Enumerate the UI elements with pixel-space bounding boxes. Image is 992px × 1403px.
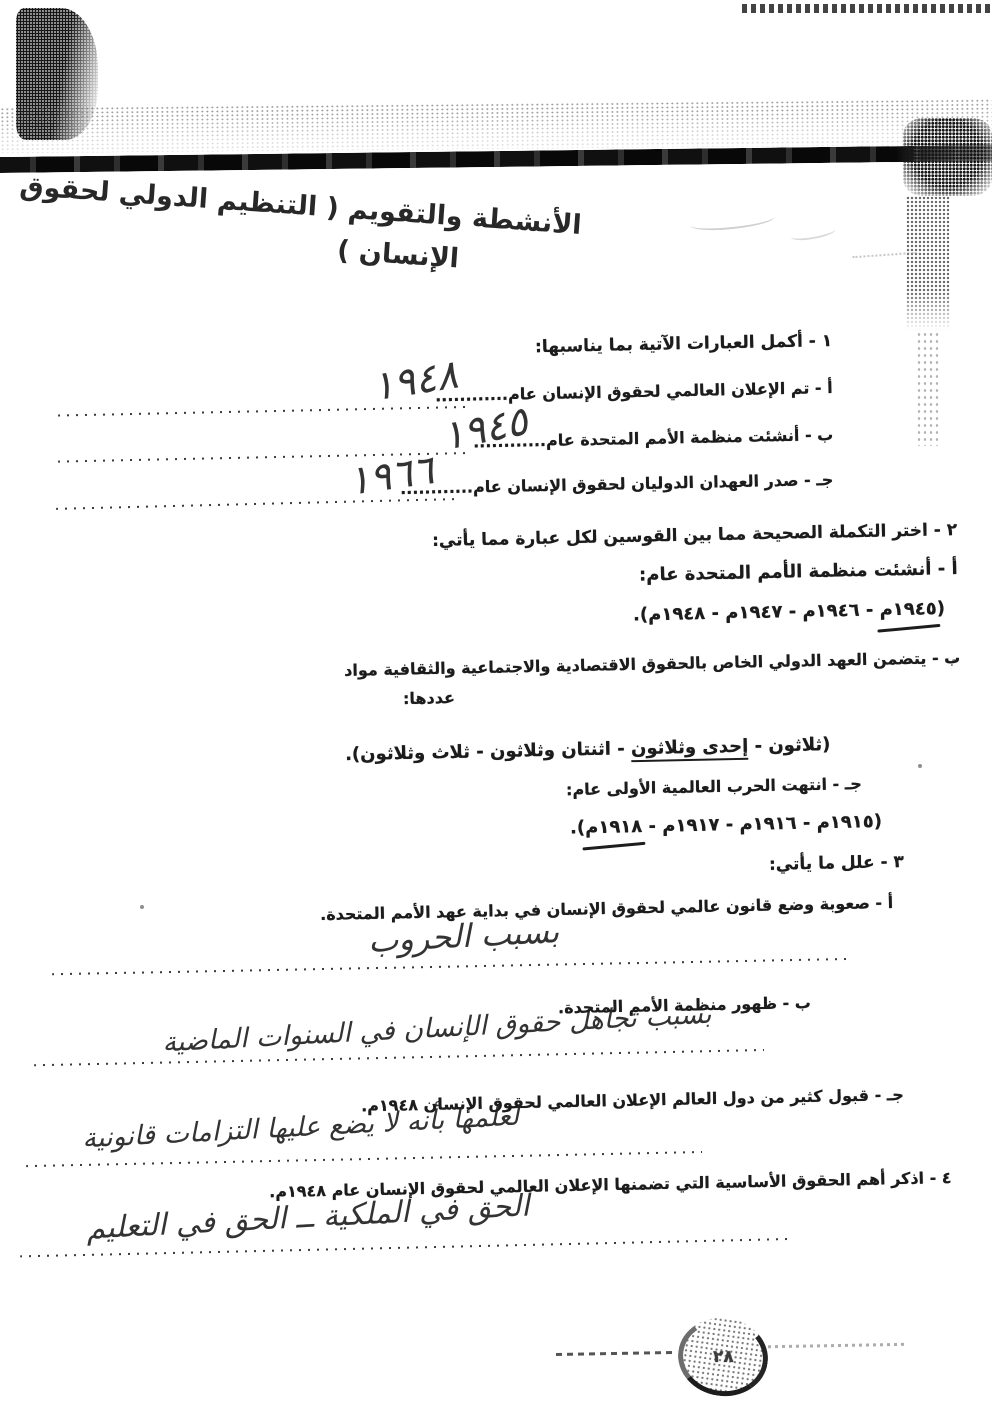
open-paren: (: [822, 734, 831, 755]
dotted-answer-line: [26, 1151, 702, 1167]
q2-c-option: ١٩١٧م: [662, 814, 720, 836]
q2-b-option: ثلاثون: [768, 734, 822, 756]
dotted-answer-line: [52, 958, 847, 975]
q2-c-text: جـ - انتهت الحرب العالمية الأولى عام:: [566, 774, 862, 799]
q2-a-text: أ - أنشئت منظمة الأمم المتحدة عام:: [639, 558, 958, 586]
scan-speck: [918, 764, 922, 768]
q3-heading: ٣ - علل ما يأتي:: [769, 852, 904, 875]
q2-c-options: (١٩١٥م - ١٩١٦م - ١٩١٧م - ١٩١٨م).: [570, 811, 882, 839]
scan-artifact-right-band: [906, 196, 950, 331]
pencil-scribble: [789, 223, 836, 243]
q2-c-option: ١٩١٥م: [816, 811, 874, 833]
q2-b-option-selected: إحدى وثلاثون: [630, 736, 748, 762]
q2-c-option: ١٩١٦م: [739, 813, 797, 835]
q2-a-option: ١٩٤٨م: [648, 603, 706, 625]
close-paren: ).: [570, 817, 586, 838]
dotted-answer-line: [34, 1049, 764, 1066]
scan-artifact-right-tail: [916, 331, 940, 446]
q2-b-option: ثلاث وثلاثون: [360, 742, 470, 765]
option-separator: -: [642, 816, 662, 837]
option-separator: -: [782, 601, 802, 622]
q2-a-option: ١٩٤٦م: [802, 600, 860, 622]
option-separator: -: [719, 814, 739, 835]
page-number-medallion: ٢٨: [673, 1312, 773, 1402]
q1-item-c: جـ - صدر العهدان الدوليان لحقوق الإنسان …: [400, 470, 834, 498]
close-paren: ).: [633, 604, 649, 625]
q1-item-c-label: جـ - صدر العهدان الدوليان لحقوق الإنسان …: [473, 470, 834, 497]
q2-b-options: (ثلاثون - إحدى وثلاثون - اثنتان وثلاثون …: [344, 734, 830, 765]
q2-a-option-selected: ١٩٤٥م: [879, 598, 937, 620]
page-title: الأنشطة والتقويم ( التنظيم الدولي لحقوق …: [138, 174, 583, 288]
option-separator: -: [748, 735, 768, 756]
medallion-right-line: [768, 1343, 908, 1348]
medallion-left-line: [556, 1351, 674, 1356]
scan-artifact-right-blob: [903, 118, 992, 196]
scanned-page: الأنشطة والتقويم ( التنظيم الدولي لحقوق …: [0, 0, 992, 1403]
q2-c-option-selected: ١٩١٨م: [585, 816, 643, 838]
q2-b-text-line2: عددها:: [403, 688, 455, 708]
scan-artifact-top-right-line: [742, 4, 992, 13]
q1-heading: ١ - أكمل العبارات الآتية بما يناسبها:: [535, 331, 832, 357]
option-separator: -: [469, 741, 489, 762]
open-paren: (: [874, 811, 883, 832]
dotted-answer-line: [56, 498, 460, 510]
option-separator: -: [796, 812, 816, 833]
scan-artifact-top-speckle-band: [0, 99, 992, 154]
option-separator: -: [610, 738, 630, 759]
dotted-answer-line: [58, 406, 466, 417]
q2-a-option: ١٩٤٧م: [725, 601, 783, 623]
open-paren: (: [937, 598, 946, 619]
page-number: ٢٨: [713, 1347, 734, 1367]
q3-b-answer: بسبب تجاهل حقوق الإنسان في السنوات الماض…: [162, 999, 713, 1059]
q2-b-text-line1: ب - يتضمن العهد الدولي الخاص بالحقوق الا…: [344, 648, 961, 680]
q1-item-b-label: ب - أنشئت منظمة الأمم المتحدة عام: [546, 425, 834, 450]
pencil-scribble: [689, 209, 775, 234]
q2-b-option: اثنتان وثلاثون: [489, 739, 610, 763]
scan-speck: [140, 905, 144, 909]
option-separator: -: [859, 599, 879, 620]
option-separator: -: [705, 603, 725, 624]
q2-a-options: (١٩٤٥م - ١٩٤٦م - ١٩٤٧م - ١٩٤٨م).: [633, 598, 945, 626]
q3-c-answer: لعلمها بأنه لا يضع عليها التزامات قانوني…: [81, 1101, 519, 1155]
q1-item-a: أ - تم الإعلان العالمي لحقوق الإنسان عام…: [435, 378, 833, 405]
q2-heading: ٢ - اختر التكملة الصحيحة مما بين القوسين…: [432, 520, 957, 551]
close-paren: ).: [344, 744, 360, 765]
q1-item-a-label: أ - تم الإعلان العالمي لحقوق الإنسان عام: [508, 378, 833, 404]
